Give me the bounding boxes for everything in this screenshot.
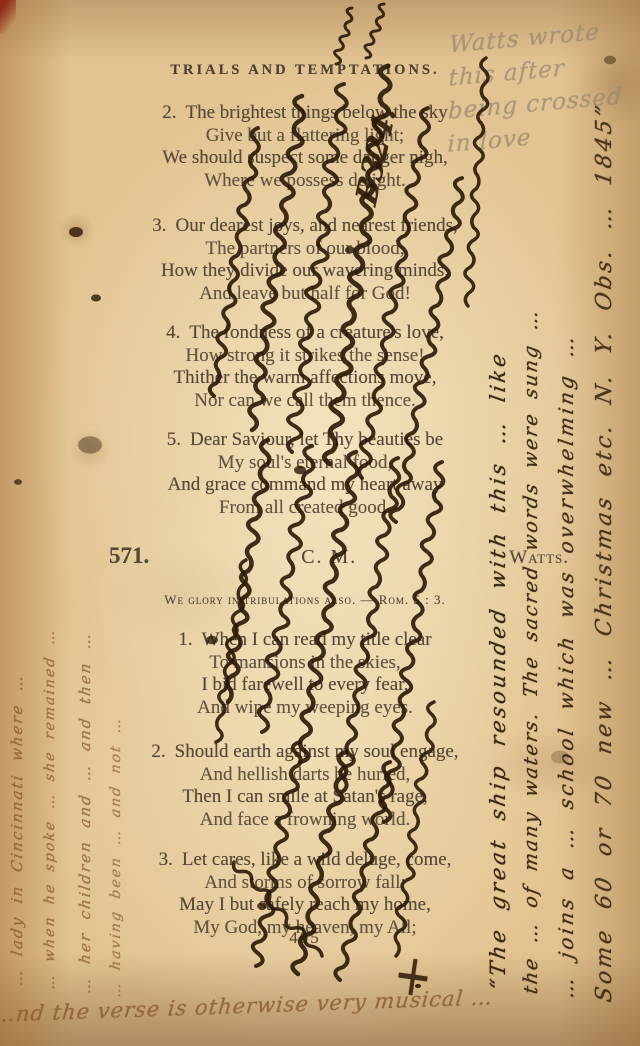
verse-line: Then I can smile at Satan's rage,	[75, 786, 535, 809]
ink-stroke	[334, 8, 352, 64]
verse: 3.Our dearest joys, and nearest friends,…	[75, 215, 535, 305]
left-margin-annotation: … having been … and not …	[108, 716, 124, 999]
verse-number: 3.	[152, 215, 166, 236]
verse-line: May I but safely reach my home,	[75, 894, 535, 917]
verse-line: And leave but half for God!	[75, 283, 535, 306]
verse: 2.Should earth against my soul engage, A…	[75, 741, 535, 831]
verse-line: 3.Our dearest joys, and nearest friends,	[75, 215, 535, 238]
verse-line: And hellish darts be hurled,	[75, 764, 535, 787]
left-margin-annotation: … her children and … and then …	[76, 630, 94, 995]
verse: 1.When I can read my title clear To mans…	[75, 629, 535, 719]
verse-number: 1.	[178, 629, 192, 650]
right-margin-annotation: … joins a … school which was overwhelmin…	[554, 332, 578, 1000]
hymn-number: 571.	[109, 543, 149, 569]
left-margin-annotation: … lady in Cincinnati where …	[8, 672, 26, 987]
verse-line: The partners of our blood,	[75, 238, 535, 261]
verse-line: 3.Let cares, like a wild deluge, come,	[75, 849, 535, 872]
verse-number: 4.	[166, 322, 180, 343]
verse-line: Thither the warm affections move,	[75, 367, 535, 390]
ink-blot	[14, 479, 22, 485]
verse-line: From all created good.	[75, 497, 535, 520]
verse-line: 5.Dear Saviour, let Thy beauties be	[75, 429, 535, 452]
verse-line: Nor can we call them thence.	[75, 390, 535, 413]
verse-line: My soul's eternal food,	[75, 452, 535, 475]
verse-line: To mansions in the skies,	[75, 652, 535, 675]
verse-line-text: The fondness of a creature's love,	[189, 322, 444, 343]
verse-line: How they divide our wavering minds,	[75, 260, 535, 283]
verse-line-text: Dear Saviour, let Thy beauties be	[190, 429, 443, 450]
verse-line-text: Our dearest joys, and nearest friends,	[175, 215, 457, 236]
left-margin-annotation: … when he spoke … she remained …	[42, 627, 58, 990]
verse-line-text: The brightest things below the sky	[185, 102, 447, 123]
verse: 4.The fondness of a creature's love, How…	[75, 322, 535, 412]
verse-line: 2.Should earth against my soul engage,	[75, 741, 535, 764]
meter-label: C. M.	[149, 546, 509, 569]
verse-line: And storms of sorrow fall;	[75, 872, 535, 895]
verse-line-text: When I can read my title clear	[202, 629, 432, 650]
verse-line: And grace command my heart away	[75, 474, 535, 497]
verse-number: 3.	[159, 849, 173, 870]
right-margin-annotation: Some 60 or 70 new … Christmas etc. N. Y.…	[592, 101, 617, 1004]
verse-number: 5.	[167, 429, 181, 450]
page-number: 405	[75, 928, 535, 948]
ink-stroke	[365, 4, 384, 58]
right-margin-annotation: “The great ship resounded with this … li…	[486, 349, 510, 992]
page-corner-tear	[0, 0, 16, 34]
verse-line: Where we possess delight.	[75, 170, 535, 193]
verse-number: 2.	[151, 741, 165, 762]
verse-line: 4.The fondness of a creature's love,	[75, 322, 535, 345]
scanned-hymnal-page: TRIALS AND TEMPTATIONS. 2.The brightest …	[0, 0, 640, 1046]
epigraph: We glory in tribulations also. — Rom. 5 …	[75, 592, 535, 608]
verse: 5.Dear Saviour, let Thy beauties be My s…	[75, 429, 535, 519]
verse-line-text: Should earth against my soul engage,	[175, 741, 459, 762]
verse-line: And wipe my weeping eyes.	[75, 697, 535, 720]
verse-line: I bid farewell to every fear,	[75, 674, 535, 697]
verse-line: 1.When I can read my title clear	[75, 629, 535, 652]
verse: 3.Let cares, like a wild deluge, come, A…	[75, 849, 535, 939]
verse-line: How strong it strikes the sense!	[75, 345, 535, 368]
right-margin-annotation: the … of many waters. The sacred words w…	[520, 307, 542, 995]
verse-number: 2.	[162, 102, 176, 123]
verse-line: And face a frowning world.	[75, 809, 535, 832]
verse-line-text: Let cares, like a wild deluge, come,	[182, 849, 452, 870]
